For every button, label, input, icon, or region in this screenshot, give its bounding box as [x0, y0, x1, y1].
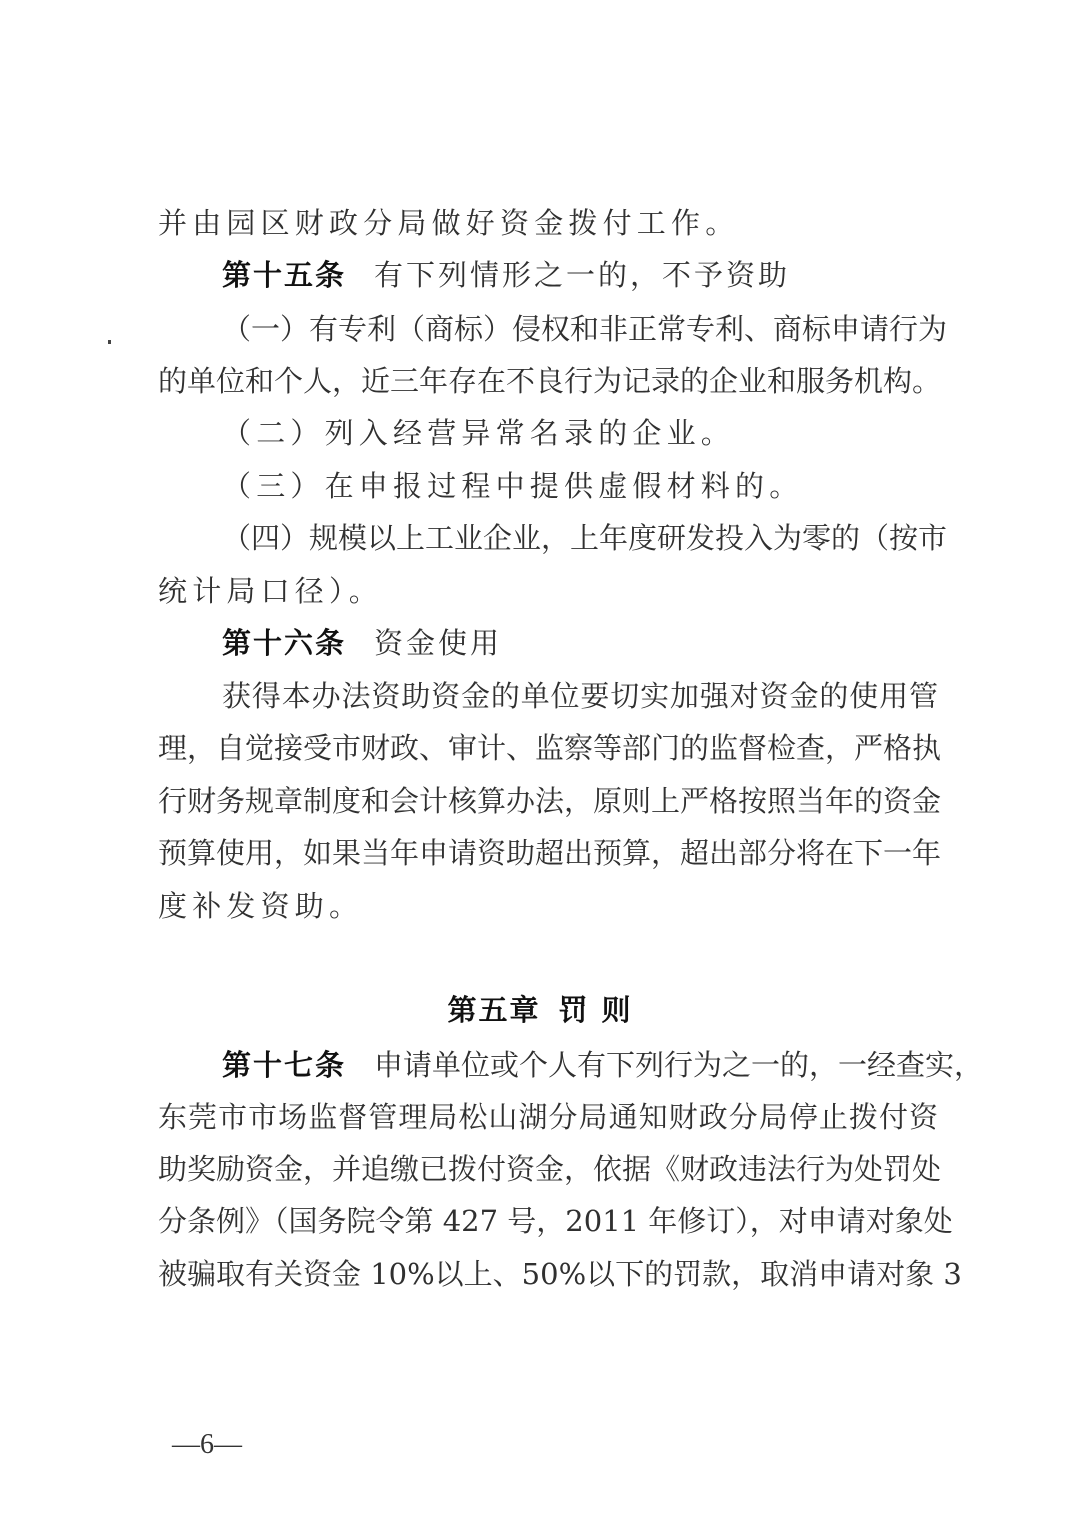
article-17-para-line-3: 助奖励资金，并追缴已拨付资金，依据《财政违法行为处罚处 [158, 1149, 938, 1189]
article-16-label: 第十六条 [222, 626, 346, 660]
article-16-para-line-3: 行财务规章制度和会计核算办法，原则上严格按照当年的资金 [158, 781, 938, 821]
article-16-para-line-5: 度补发资助。 [158, 886, 363, 926]
item-4-line-2: 统计局口径）。 [158, 571, 383, 611]
chapter-number: 第五章 [447, 993, 540, 1027]
article-17-para-line-5: 被骗取有关资金 10%以上、50%以下的罚款，取消申请对象 3 [158, 1254, 938, 1294]
article-15-label: 第十五条 [222, 258, 346, 292]
article-16-para-line-4: 预算使用，如果当年申请资助超出预算，超出部分将在下一年 [158, 833, 938, 873]
article-16-para-line-1: 获得本办法资助资金的单位要切实加强对资金的使用管 [222, 676, 938, 716]
article-15-heading: 第十五条有下列情形之一的，不予资助 [222, 255, 790, 295]
item-2: （二）列入经营异常名录的企业。 [222, 413, 735, 453]
item-4-line-1: （四）规模以上工业企业，上年度研发投入为零的（按市 [222, 518, 938, 558]
page-number: —6— [172, 1428, 242, 1462]
scan-artifact-dot [108, 340, 111, 344]
article-17-para-line-2: 东莞市市场监督管理局松山湖分局通知财政分局停止拨付资 [158, 1097, 938, 1137]
article-16-title: 资金使用 [374, 626, 502, 660]
article-17-heading: 第十七条申请单位或个人有下列行为之一的，一经查实， [222, 1045, 938, 1085]
paragraph-line: 并由园区财政分局做好资金拨付工作。 [158, 203, 739, 243]
document-page: 并由园区财政分局做好资金拨付工作。 第十五条有下列情形之一的，不予资助 （一）有… [0, 0, 1080, 1527]
article-16-heading: 第十六条资金使用 [222, 623, 502, 663]
item-1-line-1: （一）有专利（商标）侵权和非正常专利、商标申请行为 [222, 309, 938, 349]
article-17-para-line-4: 分条例》（国务院令第 427 号，2011 年修订），对申请对象处 [158, 1201, 938, 1241]
article-17-label: 第十七条 [222, 1048, 346, 1082]
article-15-title: 有下列情形之一的，不予资助 [374, 258, 790, 292]
article-17-text: 申请单位或个人有下列行为之一的，一经查实， [374, 1048, 983, 1082]
chapter-5-heading: 第五章罚 则 [0, 990, 1080, 1030]
article-16-para-line-2: 理，自觉接受市财政、审计、监察等部门的监督检查，严格执 [158, 728, 938, 768]
item-3: （三）在申报过程中提供虚假材料的。 [222, 466, 803, 506]
item-1-line-2: 的单位和个人，近三年存在不良行为记录的企业和服务机构。 [158, 361, 938, 401]
chapter-title: 罚 则 [558, 993, 632, 1027]
